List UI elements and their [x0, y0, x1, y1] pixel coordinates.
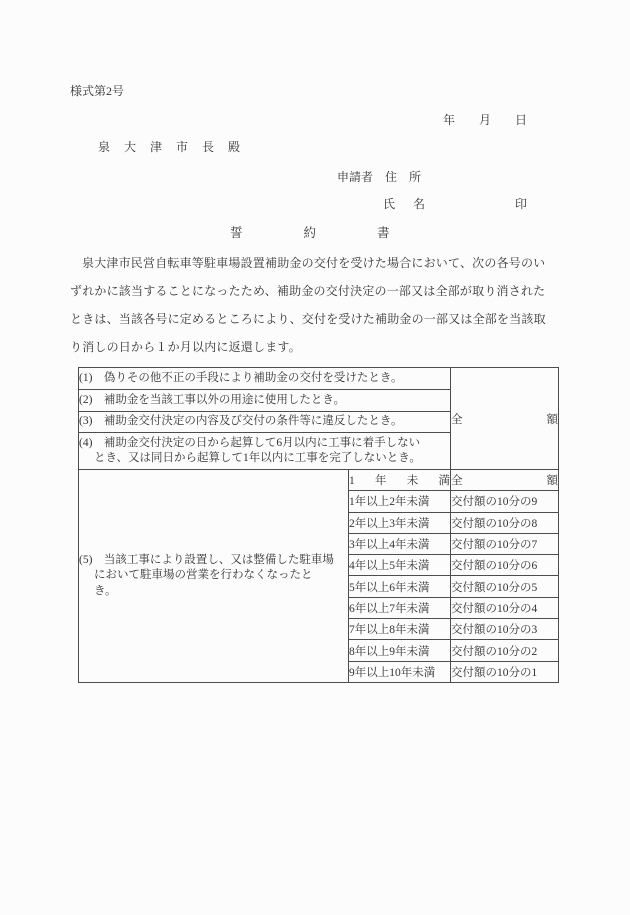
- body-paragraph: 泉大津市民営自転車等駐車場設置補助金の交付を受けた場合において、次の各号のい ず…: [70, 249, 546, 361]
- clause-1-text: (1) 偽りその他不正の手段により補助金の交付を受けたとき。: [79, 371, 450, 387]
- applicant-name-label: 氏 名: [383, 195, 428, 212]
- schedule-period: 9年以上10年未満: [349, 661, 451, 682]
- body-line: り消しの日から１か月以内に返還します。: [70, 333, 546, 361]
- table-row: (1) 偽りその他不正の手段により補助金の交付を受けたとき。 全 額: [79, 368, 559, 390]
- schedule-header-period: 1 年 未 満: [349, 470, 451, 491]
- full-amount-cell: 全 額: [451, 368, 559, 470]
- schedule-period: 3年以上4年未満: [349, 533, 451, 554]
- applicant-address-label: 申請者 住 所: [337, 168, 421, 185]
- schedule-amount: 交付額の10分の1: [451, 661, 559, 682]
- penalty-table: (1) 偽りその他不正の手段により補助金の交付を受けたとき。 全 額 (2) 補…: [78, 367, 559, 683]
- schedule-amount: 交付額の10分の2: [451, 640, 559, 661]
- clause-4-text-line-2: とき、又は同日から起算して1年以内に工事を完了しないとき。: [94, 451, 450, 467]
- schedule-amount: 交付額の10分の3: [451, 619, 559, 640]
- schedule-amount: 交付額の10分の8: [451, 512, 559, 533]
- document-title: 誓約書: [230, 223, 451, 241]
- schedule-period: 2年以上3年未満: [349, 512, 451, 533]
- schedule-amount: 交付額の10分の7: [451, 533, 559, 554]
- clause-5-cell: (5) 当該工事により設置し、又は整備した駐車場 において駐車場の営業を行わなく…: [79, 470, 349, 683]
- schedule-header-amount: 全 額: [451, 470, 559, 491]
- schedule-period: 6年以上7年未満: [349, 597, 451, 618]
- clause-5-text-line-2: において駐車場の営業を行わなくなったと: [94, 568, 348, 584]
- table-row: (5) 当該工事により設置し、又は整備した駐車場 において駐車場の営業を行わなく…: [79, 470, 559, 491]
- schedule-period: 4年以上5年未満: [349, 555, 451, 576]
- schedule-period: 5年以上6年未満: [349, 576, 451, 597]
- clause-4-cell: (4) 補助金交付決定の日から起算して6月以内に工事に着手しない とき、又は同日…: [79, 433, 451, 470]
- clause-5-text-line-1: (5) 当該工事により設置し、又は整備した駐車場: [79, 553, 348, 569]
- schedule-period: 7年以上8年未満: [349, 619, 451, 640]
- clause-2-text: (2) 補助金を当該工事以外の用途に使用したとき。: [79, 393, 450, 409]
- clause-2-cell: (2) 補助金を当該工事以外の用途に使用したとき。: [79, 390, 451, 412]
- body-line: 泉大津市民営自転車等駐車場設置補助金の交付を受けた場合において、次の各号のい: [70, 249, 546, 277]
- document-page: 様式第2号 年 月 日 泉 大 津 市 長 殿 申請者 住 所 氏 名 印 誓約…: [0, 0, 630, 915]
- seal-mark: 印: [515, 195, 527, 212]
- schedule-amount: 交付額の10分の6: [451, 555, 559, 576]
- date-line: 年 月 日: [443, 111, 527, 128]
- form-number: 様式第2号: [70, 82, 124, 99]
- clause-1-cell: (1) 偽りその他不正の手段により補助金の交付を受けたとき。: [79, 368, 451, 390]
- clause-3-cell: (3) 補助金交付決定の内容及び交付の条件等に違反したとき。: [79, 412, 451, 433]
- clause-3-text: (3) 補助金交付決定の内容及び交付の条件等に違反したとき。: [79, 414, 450, 430]
- schedule-period: 8年以上9年未満: [349, 640, 451, 661]
- clause-5-text-line-3: き。: [94, 584, 348, 600]
- body-line: ときは、当該各号に定めるところにより、交付を受けた補助金の一部又は全部を当該取: [70, 305, 546, 333]
- addressee-line: 泉 大 津 市 長 殿: [98, 138, 241, 155]
- schedule-amount: 交付額の10分の5: [451, 576, 559, 597]
- schedule-amount: 交付額の10分の9: [451, 491, 559, 512]
- clause-4-text-line-1: (4) 補助金交付決定の日から起算して6月以内に工事に着手しない: [79, 436, 450, 452]
- schedule-period: 1年以上2年未満: [349, 491, 451, 512]
- body-line: ずれかに該当することになったため、補助金の交付決定の一部又は全部が取り消された: [70, 277, 546, 305]
- schedule-amount: 交付額の10分の4: [451, 597, 559, 618]
